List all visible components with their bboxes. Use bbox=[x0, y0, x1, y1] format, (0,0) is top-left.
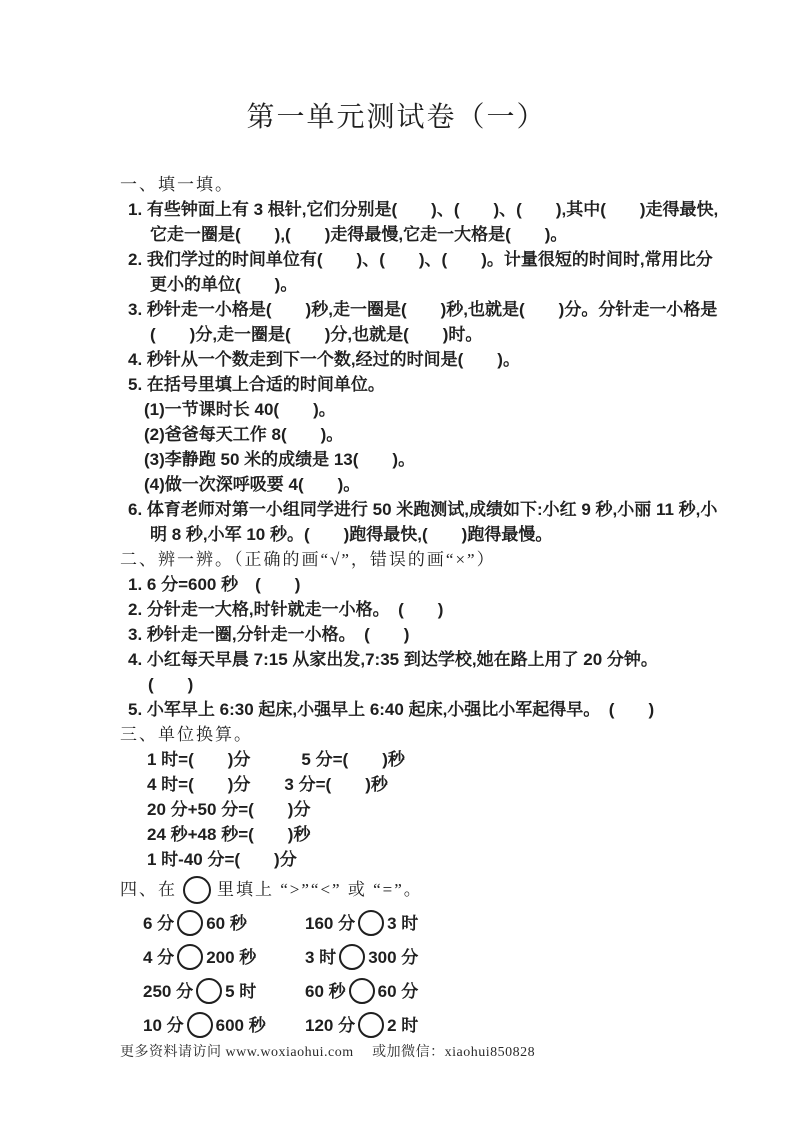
comparison-right-value: 200 秒 bbox=[206, 945, 256, 970]
fill-question-3: 3. 秒针走一小格是( )秒,走一圈是( )秒,也就是( )分。分针走一小格是(… bbox=[120, 297, 723, 347]
comparison-row-4: 10 分600 秒 120 分2 时 bbox=[120, 1008, 723, 1042]
judge-question-4: 4. 小红每天早晨 7:15 从家出发,7:35 到达学校,她在路上用了 20 … bbox=[120, 647, 723, 672]
section-4-heading: 四、在里填上 “>”“<” 或 “=”。 bbox=[120, 872, 723, 906]
comparison-left-value: 120 分 bbox=[305, 1013, 355, 1038]
comparison-left-value: 3 时 bbox=[305, 945, 336, 970]
comparison-circle-icon bbox=[358, 910, 384, 936]
conversion-line-3: 20 分+50 分=( )分 bbox=[120, 797, 723, 822]
comparison-item: 120 分2 时 bbox=[305, 1012, 418, 1038]
comparison-left-value: 4 分 bbox=[143, 945, 174, 970]
comparison-circle-icon bbox=[183, 876, 211, 904]
section-1-heading: 一、填一填。 bbox=[120, 172, 723, 197]
conversion-line-2: 4 时=( )分 3 分=( )秒 bbox=[120, 772, 723, 797]
fill-question-6: 6. 体育老师对第一小组同学进行 50 米跑测试,成绩如下:小红 9 秒,小丽 … bbox=[120, 497, 723, 547]
comparison-left-value: 160 分 bbox=[305, 911, 355, 936]
comparison-circle-icon bbox=[358, 1012, 384, 1038]
comparison-right-value: 60 分 bbox=[378, 979, 419, 1004]
fill-question-2: 2. 我们学过的时间单位有( )、( )、( )。计量很短的时间时,常用比分更小… bbox=[120, 247, 723, 297]
comparison-item: 160 分3 时 bbox=[305, 910, 418, 936]
fill-question-5-sub-4: (4)做一次深呼吸要 4( )。 bbox=[120, 472, 723, 497]
fill-question-5-sub-2: (2)爸爸每天工作 8( )。 bbox=[120, 422, 723, 447]
comparison-item: 6 分60 秒 bbox=[143, 910, 305, 936]
judge-question-4-answer-blank: ( ) bbox=[120, 672, 723, 697]
comparison-circle-icon bbox=[196, 978, 222, 1004]
footer-note: 更多资料请访问 www.woxiaohui.com 或加微信：xiaohui85… bbox=[120, 1041, 535, 1061]
comparison-circle-icon bbox=[349, 978, 375, 1004]
fill-question-4: 4. 秒针从一个数走到下一个数,经过的时间是( )。 bbox=[120, 347, 723, 372]
fill-question-5-sub-1: (1)一节课时长 40( )。 bbox=[120, 397, 723, 422]
comparison-row-3: 250 分5 时 60 秒60 分 bbox=[120, 974, 723, 1008]
conversion-line-1: 1 时=( )分 5 分=( )秒 bbox=[120, 747, 723, 772]
fill-question-1: 1. 有些钟面上有 3 根针,它们分别是( )、( )、( ),其中( )走得最… bbox=[120, 197, 723, 247]
fill-question-5: 5. 在括号里填上合适的时间单位。 bbox=[120, 372, 723, 397]
comparison-item: 4 分200 秒 bbox=[143, 944, 305, 970]
comparison-item: 10 分600 秒 bbox=[143, 1012, 305, 1038]
comparison-circle-icon bbox=[177, 910, 203, 936]
comparison-item: 250 分5 时 bbox=[143, 978, 305, 1004]
comparison-right-value: 600 秒 bbox=[216, 1013, 266, 1038]
section-2-heading: 二、辨一辨。（正确的画“√”，错误的画“×”） bbox=[120, 547, 723, 572]
page-title: 第一单元测试卷（一） bbox=[0, 0, 793, 135]
test-paper-page: 第一单元测试卷（一） 一、填一填。 1. 有些钟面上有 3 根针,它们分别是( … bbox=[0, 0, 793, 1042]
comparison-row-1: 6 分60 秒 160 分3 时 bbox=[120, 906, 723, 940]
conversion-line-4: 24 秒+48 秒=( )秒 bbox=[120, 822, 723, 847]
section-3-heading: 三、单位换算。 bbox=[120, 722, 723, 747]
paper-content: 一、填一填。 1. 有些钟面上有 3 根针,它们分别是( )、( )、( ),其… bbox=[120, 172, 723, 1042]
judge-question-2: 2. 分针走一大格,时针就走一小格。 ( ) bbox=[120, 597, 723, 622]
comparison-left-value: 6 分 bbox=[143, 911, 174, 936]
comparison-right-value: 300 分 bbox=[368, 945, 418, 970]
comparison-item: 3 时300 分 bbox=[305, 944, 418, 970]
comparison-right-value: 60 秒 bbox=[206, 911, 247, 936]
comparison-item: 60 秒60 分 bbox=[305, 978, 418, 1004]
comparison-left-value: 60 秒 bbox=[305, 979, 346, 1004]
conversion-line-5: 1 时-40 分=( )分 bbox=[120, 847, 723, 872]
comparison-left-value: 250 分 bbox=[143, 979, 193, 1004]
section-4-heading-suffix: 里填上 “>”“<” 或 “=”。 bbox=[217, 880, 423, 899]
comparison-circle-icon bbox=[339, 944, 365, 970]
judge-question-1: 1. 6 分=600 秒 ( ) bbox=[120, 572, 723, 597]
comparison-row-2: 4 分200 秒 3 时300 分 bbox=[120, 940, 723, 974]
comparison-right-value: 2 时 bbox=[387, 1013, 418, 1038]
comparison-circle-icon bbox=[177, 944, 203, 970]
judge-question-5: 5. 小军早上 6:30 起床,小强早上 6:40 起床,小强比小军起得早。 (… bbox=[120, 697, 723, 722]
comparison-right-value: 5 时 bbox=[225, 979, 256, 1004]
comparison-left-value: 10 分 bbox=[143, 1013, 184, 1038]
section-4-heading-prefix: 四、在 bbox=[120, 880, 177, 899]
comparison-circle-icon bbox=[187, 1012, 213, 1038]
judge-question-3: 3. 秒针走一圈,分针走一小格。 ( ) bbox=[120, 622, 723, 647]
comparison-right-value: 3 时 bbox=[387, 911, 418, 936]
fill-question-5-sub-3: (3)李静跑 50 米的成绩是 13( )。 bbox=[120, 447, 723, 472]
